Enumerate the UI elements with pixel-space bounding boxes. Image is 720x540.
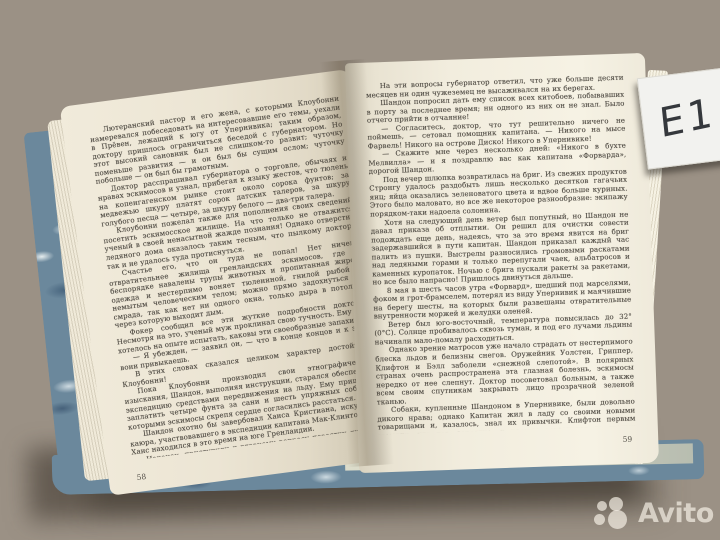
paragraph: Хотя на следующий день ветер был попутны… <box>370 210 630 287</box>
logo-circle <box>608 510 627 529</box>
avito-logo-icon <box>594 497 632 530</box>
logo-circle <box>597 501 607 511</box>
paragraph: Однако зрение матросов уже начало страда… <box>375 338 635 407</box>
logo-circle <box>609 497 623 511</box>
page-number-right: 59 <box>623 435 633 444</box>
seller-label-card: E1 <box>637 66 720 169</box>
logo-circle <box>594 514 605 525</box>
page-text-right: На эти вопросы губернатор ответил, что у… <box>366 74 636 435</box>
page-number-left: 58 <box>136 472 147 482</box>
watermark-text: Avito <box>638 498 714 529</box>
photo-scene: Лютеранский пастор и его жена, с которым… <box>0 0 720 540</box>
avito-watermark: Avito <box>594 497 714 530</box>
page-text-left: Лютеранский пастор и его жена, с которым… <box>89 95 383 461</box>
seller-label-text: E1 <box>657 90 717 148</box>
book-page-right: На эти вопросы губернатор ответил, что у… <box>345 53 659 473</box>
